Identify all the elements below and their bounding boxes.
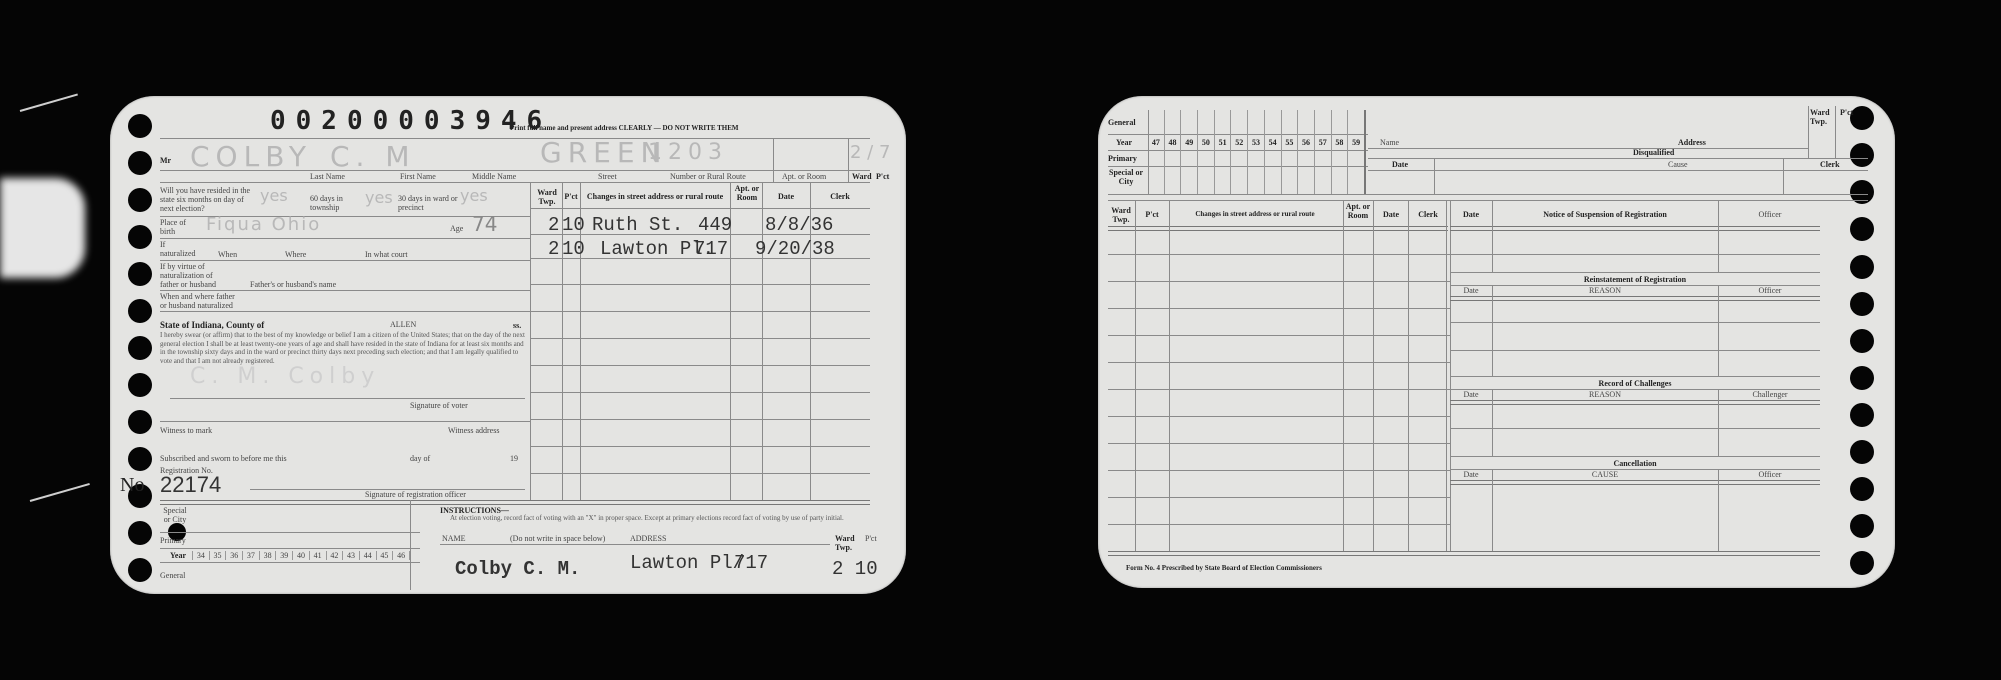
question-township: 60 days in township [310,194,365,212]
suspension-officer: Officer [1720,210,1820,219]
oath-ss: ss. [513,321,521,330]
label-last-name: Last Name [310,172,345,181]
back-vote-row-primary: Primary [1108,154,1137,163]
vote-row-year: Year [170,551,186,560]
question-ward: 30 days in ward or precinct [398,194,463,212]
col-header-ward: Ward Twp. [532,188,562,206]
scan-glare [0,178,85,278]
row2-date: 9/20/38 [755,238,835,260]
footer-address: Lawton Pl/ [630,552,744,574]
answer-township: yes [365,188,393,207]
label-witness-address: Witness address [448,426,499,435]
label-witness-to-mark: Witness to mark [160,426,212,435]
back-vote-row-general: General [1108,118,1136,127]
disq-label-address: Address [1678,138,1706,147]
col-header-apt: Apt. or Room [732,184,762,202]
label-subscribed-sworn: Subscribed and sworn to before me this [160,454,287,463]
cancellation-cause: CAUSE [1494,470,1716,479]
label-ward: Ward [852,172,872,181]
back-col-ward: Ward Twp. [1108,206,1134,224]
question-state-residence: Will you have resided in the state six m… [160,186,255,213]
col-header-changes: Changes in street address or rural route [582,192,728,201]
label-ward-footer: Ward Twp. [835,534,855,552]
col-header-date: Date [762,192,810,201]
reinstatement-reason: REASON [1494,286,1716,295]
label-signature-of-voter: Signature of voter [410,401,468,410]
answer-state-residence: yes [260,186,288,205]
reinstatement-officer: Officer [1720,286,1820,295]
label-street: Street [598,172,617,181]
back-vote-row-special: Special or City [1106,168,1146,186]
suspension-title: Notice of Suspension of Registration [1494,210,1716,219]
label-naturalized: If naturalized [160,240,200,258]
back-col-changes: Changes in street address or rural route [1170,210,1340,219]
row2-number: 717 [694,238,728,260]
reinstatement-title: Reinstatement of Registration [1450,275,1820,284]
label-place-of-birth: Place of birth [160,218,200,236]
label-number: Number or Rural Route [670,172,746,181]
registration-card-front: 00200003946 Print full name and present … [110,96,906,594]
age-value: 74 [472,212,497,236]
form-note: Form No. 4 Prescribed by State Board of … [1126,564,1322,573]
answer-ward: yes [460,186,488,205]
registration-number: 22174 [160,472,221,498]
disq-label-date: Date [1392,160,1408,169]
label-do-not-write: (Do not write in space below) [510,534,605,543]
disq-label-cause: Cause [1668,160,1688,169]
place-of-birth-value: Fiqua Ohio [206,214,321,235]
oath-state-county: State of Indiana, County of [160,321,264,330]
row2-pct: 10 [562,238,585,260]
label-apt: Apt. or Room [782,172,826,181]
label-first-name: First Name [400,172,436,181]
row1-ward: 2 [548,214,559,236]
row1-street: Ruth St. [592,214,683,236]
label-naturalized-when: When [218,250,237,259]
challenges-title: Record of Challenges [1450,379,1820,388]
col-header-clerk: Clerk [810,192,870,201]
last-name-value: COLBY [190,140,312,173]
scan-streak [20,94,78,112]
challenges-reason: REASON [1494,390,1716,399]
salutation: Mr [160,156,171,165]
vote-years-front: 34 35 36 37 38 39 40 41 42 43 44 45 46 [192,551,410,560]
label-day-of: day of [410,454,430,463]
cancellation-date: Date [1450,470,1492,479]
back-vote-row-year: Year [1116,138,1132,147]
ward-pct-value: 2 / 7 [850,142,890,163]
label-pct: P'ct [876,172,889,181]
label-year-19: 19 [510,454,518,463]
label-naturalized-court: In what court [365,250,408,259]
label-middle-name: Middle Name [472,172,516,181]
first-name-value: C. M [330,140,416,173]
row1-number: 449 [698,214,732,236]
oath-text: I hereby swear (or affirm) that to the b… [160,331,530,365]
row1-pct: 10 [562,214,585,236]
back-col-date: Date [1376,210,1406,219]
label-when-where-naturalized: When and where father or husband natural… [160,292,240,310]
row1-date: 8/8/36 [765,214,833,236]
footer-number: 717 [734,552,768,574]
vote-row-primary: Primary [160,536,186,545]
vote-years-back: 47 48 49 50 51 52 53 54 55 56 57 58 59 [1148,110,1366,194]
label-registration-officer-signature: Signature of registration officer [365,490,466,499]
disq-label-ward: Ward Twp. [1810,108,1832,126]
back-col-apt: Apt. or Room [1344,202,1372,220]
registration-card-back: General Year Primary Special or City 47 … [1098,96,1895,588]
suspension-date: Date [1450,210,1492,219]
label-name-footer: NAME [442,534,466,543]
header-instruction: Print full name and present address CLEA… [510,124,739,133]
vote-row-special: Special or City [160,506,190,524]
reinstatement-date: Date [1450,286,1492,295]
label-father-husband-name: Father's or husband's name [250,280,336,289]
challenges-date: Date [1450,390,1492,399]
back-col-clerk: Clerk [1410,210,1446,219]
label-age: Age [450,224,463,233]
voter-signature: C. M. Colby [190,364,380,389]
footer-name: Colby C. M. [455,558,580,580]
challenges-challenger: Challenger [1720,390,1820,399]
col-header-pct: P'ct [562,192,580,201]
scan-streak [30,483,90,502]
oath-county-value: ALLEN [390,320,416,329]
disq-label-name: Name [1380,138,1399,147]
instructions-text: At election voting, record fact of votin… [450,514,860,523]
vote-row-general: General [160,571,185,580]
label-pct-footer: P'ct [865,534,877,543]
disq-label-clerk: Clerk [1820,160,1840,169]
back-col-pct: P'ct [1136,210,1168,219]
registration-no-prefix: No [120,474,144,497]
disq-title: Disqualified [1633,148,1674,157]
label-by-virtue: If by virtue of naturalization of father… [160,262,232,289]
cancellation-officer: Officer [1720,470,1820,479]
disq-label-pct: P'ct [1840,108,1853,117]
cancellation-title: Cancellation [1450,459,1820,468]
row2-ward: 2 [548,238,559,260]
label-naturalized-where: Where [285,250,306,259]
footer-ward-pct: 2 10 [832,558,878,580]
house-number-value: 1203 [648,140,728,165]
label-address-footer: ADDRESS [630,534,666,543]
